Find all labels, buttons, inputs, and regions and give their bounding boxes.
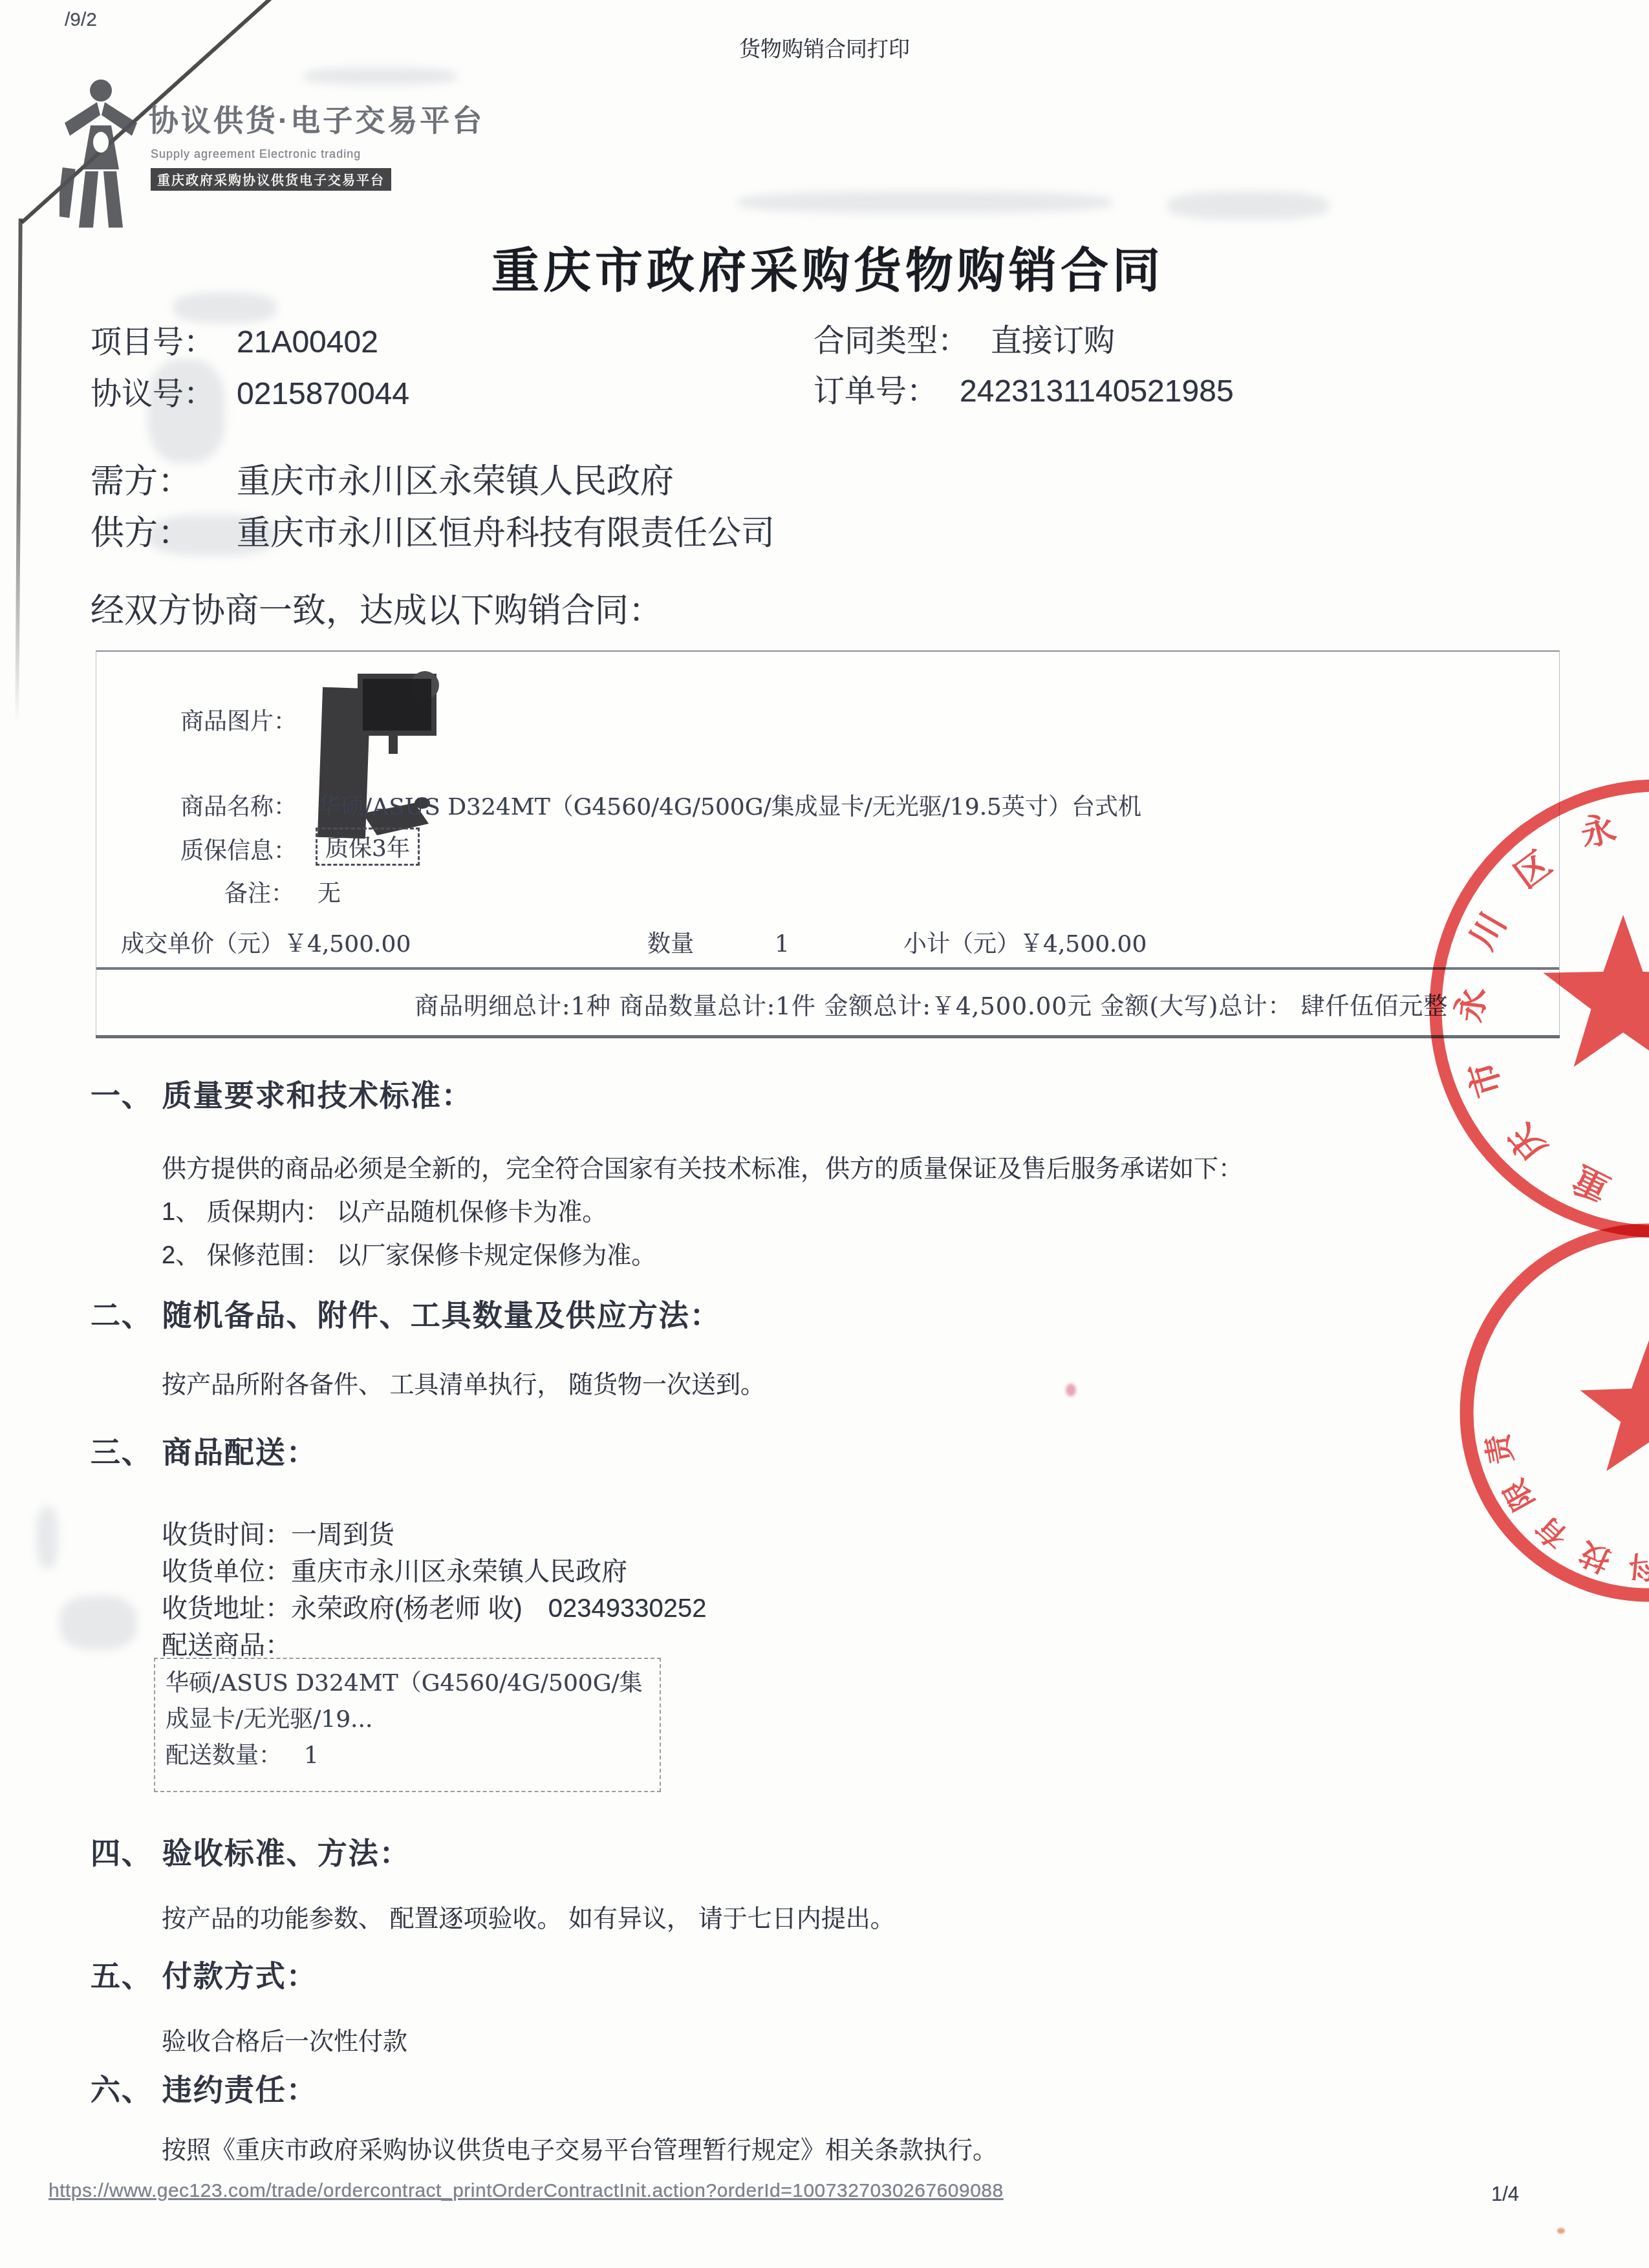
order-no-label: 订单号： bbox=[814, 374, 938, 409]
unit-price-value: ￥4,500.00 bbox=[284, 931, 411, 957]
delivery-goods-line-2: 成显卡/无光驱/19... bbox=[166, 1702, 649, 1738]
delivery-addr-value: 永荣政府(杨老师 收) 02349330252 bbox=[291, 1594, 706, 1623]
platform-logo-icon bbox=[59, 71, 147, 230]
section-2-heading: 二、 随机备品、附件、工具数量及供应方法： bbox=[91, 1292, 721, 1334]
subtotal-row: 小计（元）￥4,500.00 bbox=[903, 926, 1147, 959]
buyer-row: 需方：重庆市永川区永荣镇人民政府 bbox=[91, 454, 674, 502]
delivery-goods-box: 华硕/ASUS D324MT（G4560/4G/500G/集 成显卡/无光驱/1… bbox=[154, 1658, 661, 1792]
scan-speck bbox=[1557, 2228, 1565, 2234]
delivery-qty-label: 配送数量： bbox=[166, 1742, 282, 1769]
delivery-unit-label: 收货单位： bbox=[162, 1557, 291, 1586]
unit-price-row: 成交单价（元）￥4,500.00 bbox=[121, 926, 411, 959]
subtotal-label: 小计（元） bbox=[903, 931, 1020, 957]
section-5-heading: 五、 付款方式： bbox=[91, 1952, 318, 1995]
product-table: 商品图片： 商品名称： 华硕/ASUS D324MT（G4560/4G/500G… bbox=[96, 650, 1560, 1038]
section-1-item-1: 1、 质保期内： 以产品随机保修卡为准。 bbox=[162, 1192, 607, 1227]
delivery-qty-row: 配送数量：1 bbox=[166, 1738, 649, 1774]
remark-value: 无 bbox=[318, 875, 341, 908]
scan-artifact bbox=[36, 1506, 58, 1568]
delivery-addr-label: 收货地址： bbox=[162, 1594, 291, 1623]
contract-type-row: 合同类型：直接订购 bbox=[814, 316, 1115, 360]
order-no-row: 订单号：2423131140521985 bbox=[814, 366, 1234, 411]
qty-row: 数量1 bbox=[647, 926, 790, 959]
contract-title: 重庆市政府采购货物购销合同 bbox=[491, 233, 1164, 301]
delivery-time-row: 收货时间：一周到货 bbox=[162, 1514, 394, 1551]
corner-date-fragment: /9/2 bbox=[65, 9, 97, 31]
scan-artifact bbox=[1167, 191, 1329, 220]
scan-speck bbox=[1066, 1384, 1076, 1396]
delivery-qty-value: 1 bbox=[304, 1742, 319, 1769]
supplier-seal-stamp: 重庆市永川区恒舟科技有限责任公司 bbox=[1452, 1215, 1649, 1629]
section-1-heading: 一、 质量要求和技术标准： bbox=[91, 1072, 473, 1115]
scan-artifact bbox=[737, 191, 1112, 213]
section-4-heading: 四、 验收标准、方法： bbox=[91, 1830, 411, 1872]
delivery-goods-label: 配送商品： bbox=[162, 1625, 291, 1662]
section-1-item-2: 2、 保修范围： 以厂家保修卡规定保修为准。 bbox=[162, 1235, 656, 1270]
supplier-value: 重庆市永川区恒舟科技有限责任公司 bbox=[237, 515, 775, 552]
warranty-label: 质保信息： bbox=[180, 833, 297, 866]
scanned-contract-page: /9/2 货物购销合同打印 协议供货·电子交易平台 Supply agreeme… bbox=[0, 0, 1649, 2268]
qty-label: 数量 bbox=[647, 931, 694, 957]
product-image-label: 商品图片： bbox=[180, 703, 297, 736]
project-no-value: 21A00402 bbox=[237, 325, 378, 359]
buyer-value: 重庆市永川区永荣镇人民政府 bbox=[237, 463, 674, 500]
intro-line: 经双方协商一致，达成以下购销合同： bbox=[91, 583, 662, 632]
scan-artifact bbox=[303, 67, 458, 85]
print-header-title: 货物购销合同打印 bbox=[739, 32, 910, 63]
agreement-no-row: 协议号：0215870044 bbox=[91, 369, 409, 413]
product-name-value: 华硕/ASUS D324MT（G4560/4G/500G/集成显卡/无光驱/19… bbox=[318, 789, 1141, 822]
platform-logo-subtitle: Supply agreement Electronic trading bbox=[151, 147, 361, 161]
delivery-time-label: 收货时间： bbox=[162, 1521, 291, 1549]
delivery-addr-row: 收货地址：永荣政府(杨老师 收) 02349330252 bbox=[162, 1588, 706, 1625]
contract-type-value: 直接订购 bbox=[991, 324, 1115, 358]
section-5-paragraph: 验收合格后一次性付款 bbox=[162, 2021, 407, 2057]
product-name-label: 商品名称： bbox=[180, 789, 297, 822]
section-4-paragraph: 按产品的功能参数、 配置逐项验收。 如有异议， 请于七日内提出。 bbox=[162, 1898, 895, 1934]
remark-label: 备注： bbox=[224, 875, 294, 908]
delivery-unit-row: 收货单位：重庆市永川区永荣镇人民政府 bbox=[162, 1551, 627, 1588]
scan-left-edge bbox=[15, 219, 22, 723]
unit-price-label: 成交单价（元） bbox=[121, 931, 284, 957]
subtotal-value: ￥4,500.00 bbox=[1020, 931, 1147, 957]
delivery-time-value: 一周到货 bbox=[291, 1521, 394, 1549]
table-divider bbox=[96, 967, 1559, 970]
scan-artifact bbox=[59, 1596, 137, 1650]
section-1-paragraph: 供方提供的商品必须是全新的，完全符合国家有关技术标准，供方的质量保证及售后服务承… bbox=[162, 1148, 1243, 1184]
page-number: 1/4 bbox=[1491, 2183, 1519, 2206]
section-6-heading: 六、 违约责任： bbox=[91, 2066, 318, 2109]
platform-logo-title: 协议供货·电子交易平台 bbox=[149, 97, 484, 140]
supplier-label: 供方： bbox=[91, 515, 191, 552]
delivery-unit-value: 重庆市永川区永荣镇人民政府 bbox=[291, 1557, 627, 1586]
section-2-paragraph: 按产品所附各备件、 工具清单执行， 随货物一次送到。 bbox=[162, 1364, 765, 1400]
footer-url: https://www.gec123.com/trade/ordercontra… bbox=[48, 2180, 1004, 2202]
qty-value: 1 bbox=[775, 931, 790, 957]
project-no-label: 项目号： bbox=[91, 325, 215, 359]
platform-logo-band: 重庆政府采购协议供货电子交易平台 bbox=[151, 168, 391, 191]
buyer-seal-stamp: 重庆市永川区永荣镇人民政府 bbox=[1390, 724, 1649, 1293]
table-bottom-border bbox=[96, 1035, 1560, 1038]
contract-type-label: 合同类型： bbox=[814, 324, 969, 358]
agreement-no-label: 协议号： bbox=[91, 377, 215, 411]
supplier-row: 供方：重庆市永川区恒舟科技有限责任公司 bbox=[91, 506, 775, 554]
buyer-label: 需方： bbox=[91, 463, 191, 500]
order-no-value: 2423131140521985 bbox=[960, 374, 1234, 409]
section-6-paragraph: 按照《重庆市政府采购协议供货电子交易平台管理暂行规定》相关条款执行。 bbox=[162, 2130, 997, 2165]
totals-summary: 商品明细总计:1种 商品数量总计:1件 金额总计:￥4,500.00元 金额(大… bbox=[415, 987, 1448, 1022]
delivery-goods-line-1: 华硕/ASUS D324MT（G4560/4G/500G/集 bbox=[166, 1665, 649, 1702]
project-no-row: 项目号：21A00402 bbox=[91, 317, 378, 361]
agreement-no-value: 0215870044 bbox=[237, 377, 409, 411]
section-3-heading: 三、 商品配送： bbox=[91, 1429, 318, 1471]
warranty-value: 质保3年 bbox=[316, 828, 420, 866]
